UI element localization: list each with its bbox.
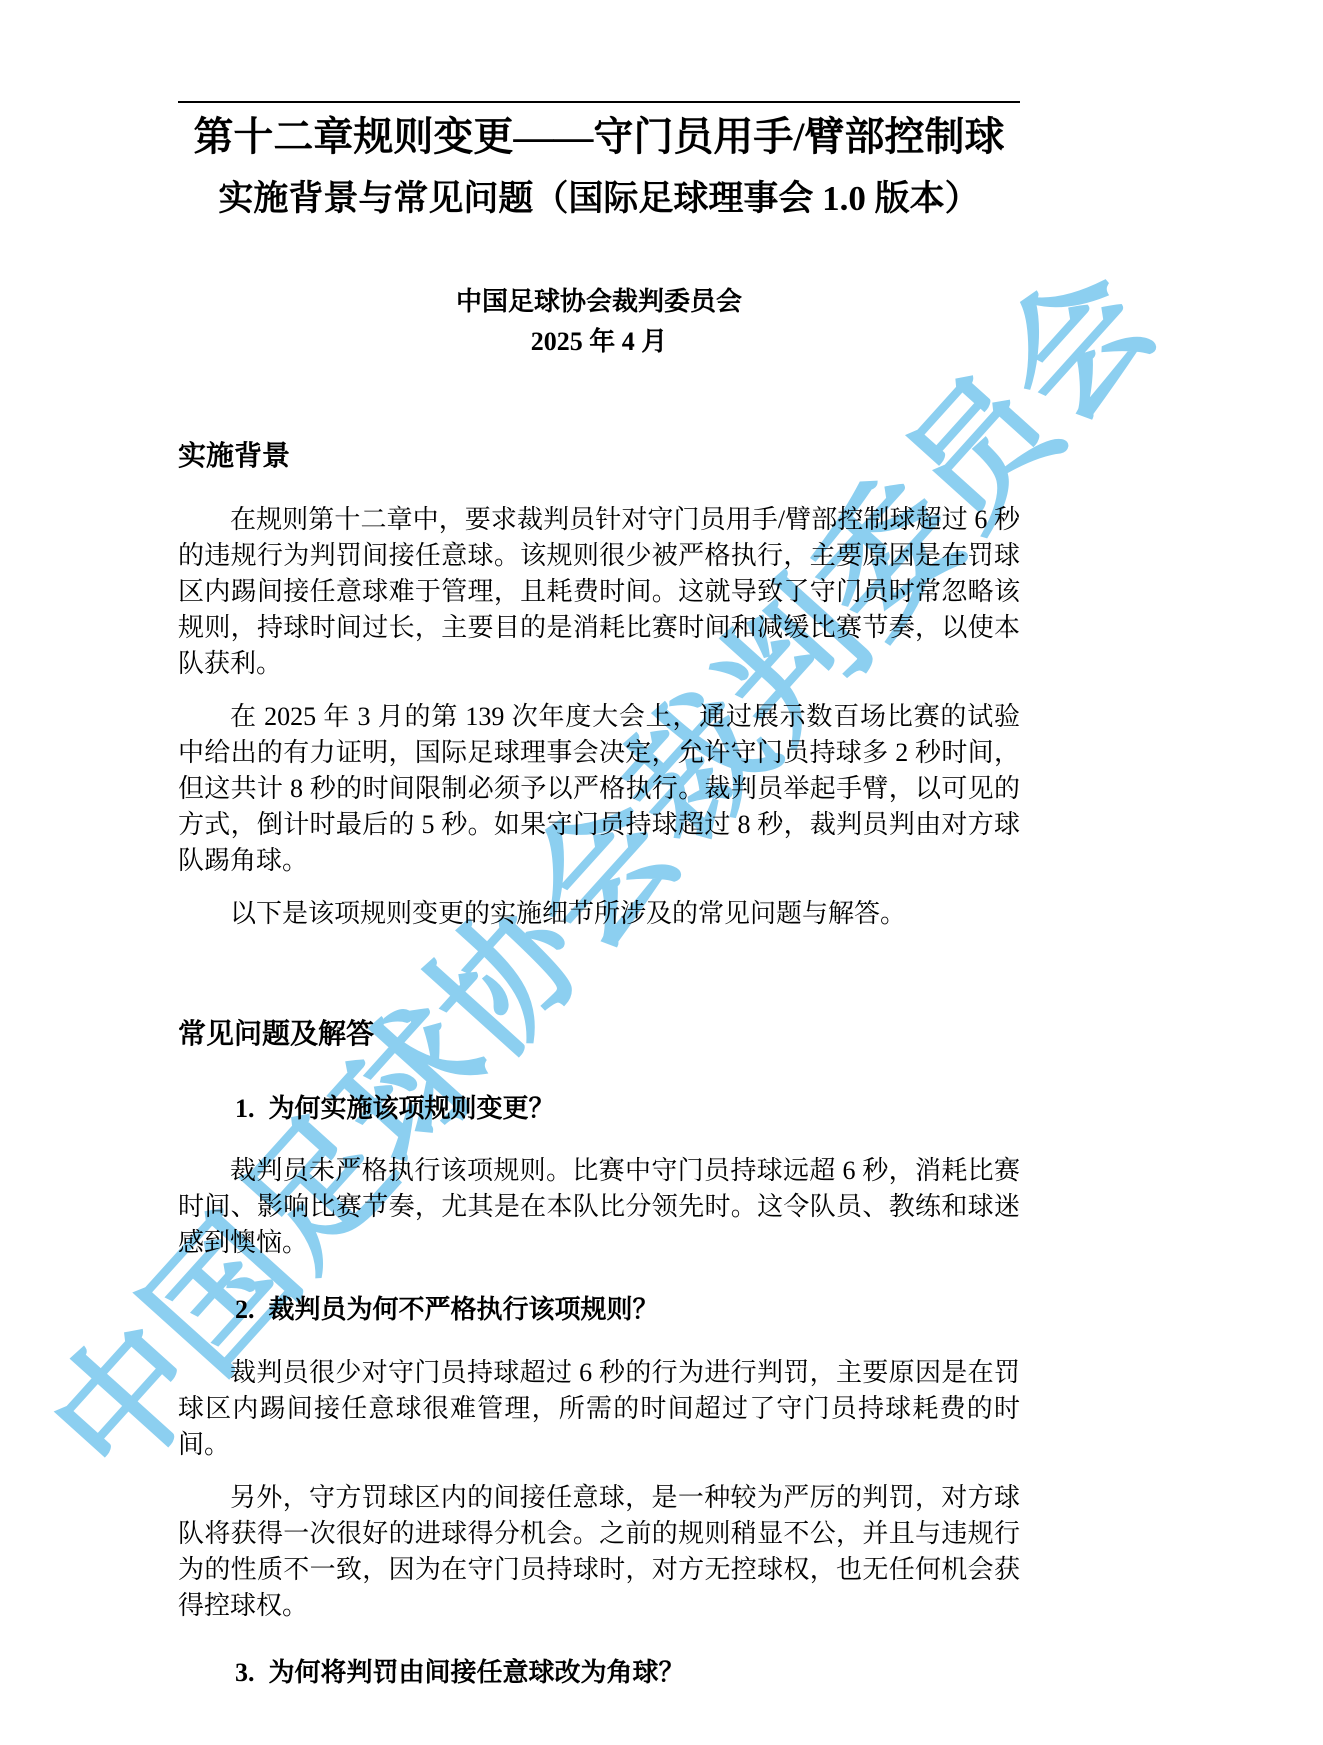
background-paragraph-1: 在规则第十二章中，要求裁判员针对守门员用手/臂部控制球超过 6 秒的违规行为判罚…: [178, 502, 1020, 682]
faq-question-1-number: 1.: [235, 1094, 255, 1123]
faq-question-2-number: 2.: [235, 1295, 255, 1324]
faq-question-1-text: 为何实施该项规则变更？: [269, 1094, 555, 1123]
faq-answer-1-paragraph-1: 裁判员未严格执行该项规则。比赛中守门员持球远超 6 秒，消耗比赛时间、影响比赛节…: [178, 1153, 1020, 1261]
faq-item-3: 3.为何将判罚由间接任意球改为角球？: [178, 1656, 1020, 1690]
faq-question-2: 2.裁判员为何不严格执行该项规则？: [235, 1293, 1020, 1327]
background-paragraph-3: 以下是该项规则变更的实施细节所涉及的常见问题与解答。: [178, 896, 1020, 932]
title-rule: [178, 101, 1020, 103]
date-line: 2025 年 4 月: [178, 325, 1020, 359]
background-heading: 实施背景: [178, 440, 1020, 474]
organization-line: 中国足球协会裁判委员会: [178, 285, 1020, 319]
faq-question-3: 3.为何将判罚由间接任意球改为角球？: [235, 1656, 1020, 1690]
faq-question-3-number: 3.: [235, 1658, 255, 1687]
document-title: 第十二章规则变更——守门员用手/臂部控制球: [178, 111, 1020, 163]
faq-question-2-text: 裁判员为何不严格执行该项规则？: [269, 1295, 659, 1324]
faq-question-1: 1.为何实施该项规则变更？: [235, 1092, 1020, 1126]
faq-question-3-text: 为何将判罚由间接任意球改为角球？: [269, 1658, 685, 1687]
faq-item-2: 2.裁判员为何不严格执行该项规则？ 裁判员很少对守门员持球超过 6 秒的行为进行…: [178, 1293, 1020, 1624]
faq-answer-2-paragraph-2: 另外，守方罚球区内的间接任意球，是一种较为严厉的判罚，对方球队将获得一次很好的进…: [178, 1480, 1020, 1624]
faq-answer-2-paragraph-1: 裁判员很少对守门员持球超过 6 秒的行为进行判罚，主要原因是在罚球区内踢间接任意…: [178, 1355, 1020, 1463]
background-paragraph-2: 在 2025 年 3 月的第 139 次年度大会上，通过展示数百场比赛的试验中给…: [178, 699, 1020, 879]
faq-heading: 常见问题及解答: [178, 1018, 1020, 1052]
faq-item-1: 1.为何实施该项规则变更？ 裁判员未严格执行该项规则。比赛中守门员持球远超 6 …: [178, 1092, 1020, 1262]
document-page: 中国足球协会裁判委员会 第十二章规则变更——守门员用手/臂部控制球 实施背景与常…: [0, 0, 1323, 1745]
document-subtitle: 实施背景与常见问题（国际足球理事会 1.0 版本）: [178, 177, 1020, 221]
document-content: 第十二章规则变更——守门员用手/臂部控制球 实施背景与常见问题（国际足球理事会 …: [178, 0, 1020, 1718]
